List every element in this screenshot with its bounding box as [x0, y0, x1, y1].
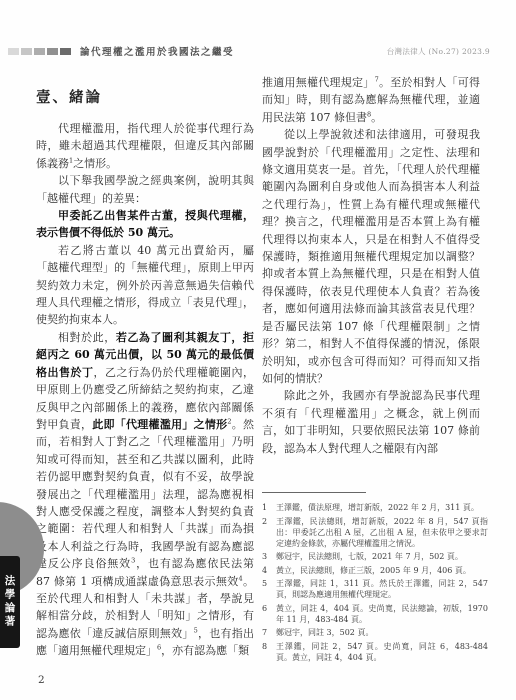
footnote-text: 王澤鑑，同註 1，311 頁。然氏於王澤鑑，同註 2，547 頁，則認為應適用無…: [276, 578, 488, 600]
footnote-text: 鄭冠宇，民法總則，七版，2021 年 7 月，502 頁。: [276, 551, 488, 562]
left-column: 壹、緒論 代理權濫用，指代理人於從事代理行為時，雖未超過其代理權限，但違反其內部…: [36, 74, 254, 660]
footnote-text: 王澤鑑，同註 2，547 頁。史尚寬，同註 6，483-484 頁。黃立，同註 …: [276, 641, 488, 663]
footnote-item: 6 黃立，同註 4，404 頁。史尚寬，民法總論，初版，1970 年 11 月，…: [262, 603, 488, 625]
footnotes-block: 1 王澤鑑，債法原理，增訂新版，2022 年 2 月，311 頁。 2 王澤鑑，…: [262, 492, 488, 665]
footnote-item: 5 王澤鑑，同註 1，311 頁。然氏於王澤鑑，同註 2，547 頁，則認為應適…: [262, 578, 488, 600]
gradient-square: [60, 48, 71, 55]
footnote-item: 8 王澤鑑，同註 2，547 頁。史尚寬，同註 6，483-484 頁。黃立，同…: [262, 641, 488, 663]
paragraph: 除此之外，我國亦有學說認為民事代理不須有「代理權濫用」之概念，就上例而言，如丁非…: [262, 387, 480, 457]
gradient-square: [21, 48, 32, 55]
page-header: 論代理權之濫用於我國法之繼受 台灣法律人 (No.27) 2023.9: [8, 44, 490, 58]
paragraph: 代理權濫用，指代理人於從事代理行為時，雖未超過其代理權限，但違反其內部關係義務1…: [36, 120, 254, 172]
journal-issue-label: 台灣法律人 (No.27) 2023.9: [387, 46, 490, 57]
footnote-number: 8: [262, 641, 276, 663]
footnote-text: 鄭冠宇，同註 3，502 頁。: [276, 627, 488, 638]
gradient-squares-ornament: [8, 48, 71, 55]
section-heading: 壹、緒論: [36, 86, 254, 107]
footnote-divider: [262, 492, 366, 493]
gradient-square: [34, 48, 45, 55]
paragraph: 從以上學說敘述和法律適用，可發現我國學說對於「代理權濫用」之定性、法理和條文適用…: [262, 126, 480, 387]
footnote-number: 3: [262, 551, 276, 562]
footnote-number: 4: [262, 565, 276, 576]
footnote-item: 3 鄭冠宇，民法總則，七版，2021 年 7 月，502 頁。: [262, 551, 488, 562]
category-tab-label: 法學論著: [3, 575, 18, 629]
footnote-number: 5: [262, 578, 276, 600]
page-number: 2: [38, 674, 45, 686]
footnote-item: 4 黃立，民法總則，修正三版，2005 年 9 月，406 頁。: [262, 565, 488, 576]
footnote-text: 黃立，同註 4，404 頁。史尚寬，民法總論，初版，1970 年 11 月，48…: [276, 603, 488, 625]
footnote-number: 2: [262, 516, 276, 549]
paragraph: 以下舉我國學說之經典案例，說明其與「越權代理」的差異：: [36, 172, 254, 207]
footnote-text: 王澤鑑，民法總則，增訂新版，2022 年 8 月，547 頁指出：甲委託乙出租 …: [276, 516, 488, 549]
running-title: 論代理權之濫用於我國法之繼受: [80, 44, 234, 58]
footnote-text: 黃立，民法總則，修正三版，2005 年 9 月，406 頁。: [276, 565, 488, 576]
footnote-number: 7: [262, 627, 276, 638]
paragraph: 相對於此，若乙為了圖利其親友丁，拒絕丙之 60 萬元出價，以 50 萬元的最低價…: [36, 329, 254, 660]
category-tab: 法學論著: [0, 556, 20, 648]
footnote-text: 王澤鑑，債法原理，增訂新版，2022 年 2 月，311 頁。: [276, 502, 488, 513]
gradient-square: [8, 48, 19, 55]
paragraph: 推適用無權代理規定」7。至於相對人「可得而知」時，則有認為應解為無權代理，並適用…: [262, 74, 480, 126]
case-example-paragraph: 甲委託乙出售某件古董，授與代理權，表示售價不得低於 50 萬元。: [36, 207, 254, 242]
gradient-square: [47, 48, 58, 55]
footnote-item: 2 王澤鑑，民法總則，增訂新版，2022 年 8 月，547 頁指出：甲委託乙出…: [262, 516, 488, 549]
footnote-item: 7 鄭冠宇，同註 3，502 頁。: [262, 627, 488, 638]
footnote-number: 6: [262, 603, 276, 625]
journal-page: 論代理權之濫用於我國法之繼受 台灣法律人 (No.27) 2023.9 壹、緒論…: [0, 0, 516, 700]
paragraph: 若乙將古董以 40 萬元出賣給丙，屬「越權代理型」的「無權代理」，原則上甲丙契約…: [36, 242, 254, 329]
footnote-number: 1: [262, 502, 276, 513]
footnote-item: 1 王澤鑑，債法原理，增訂新版，2022 年 2 月，311 頁。: [262, 502, 488, 513]
